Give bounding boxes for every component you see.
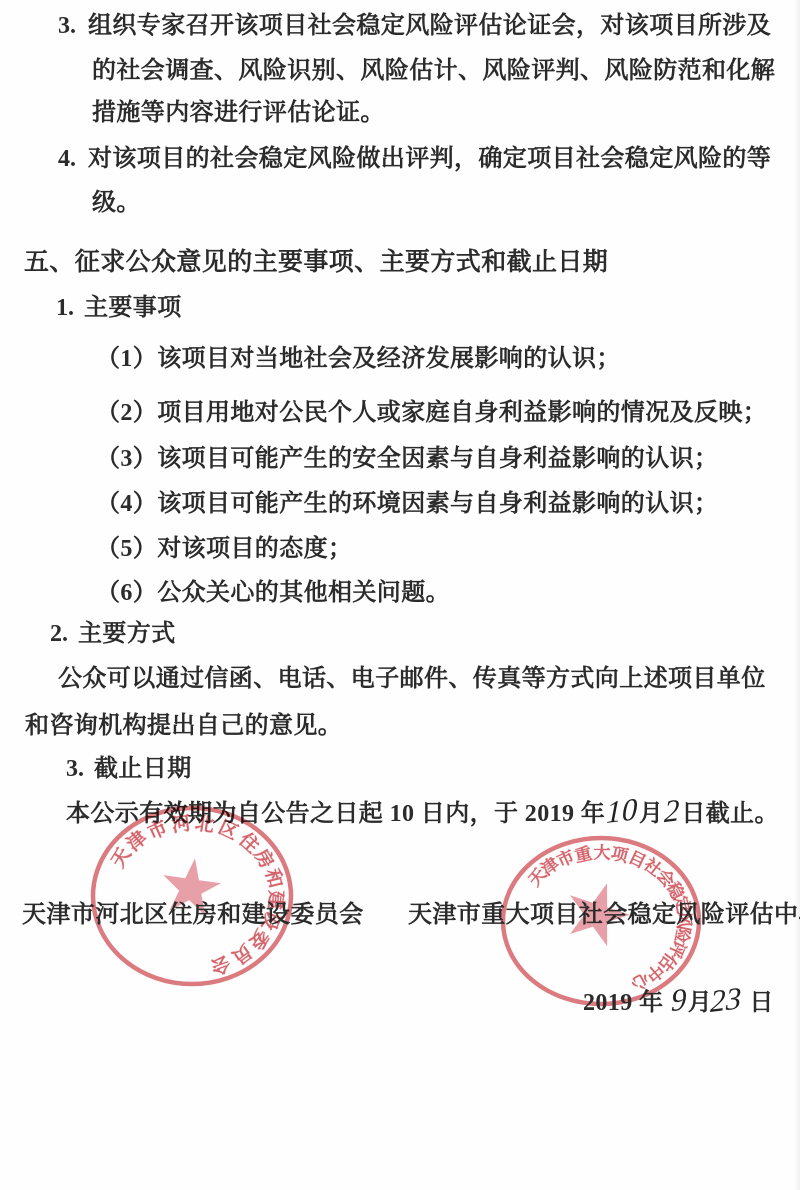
list-item-3-line-2: 的社会调查、风险识别、风险估计、风险评判、风险防范和化解 (92, 56, 775, 86)
seal-character: 和 (259, 866, 290, 891)
date-month-label: 月 (688, 990, 712, 1016)
point-3: （3）该项目可能产生的安全因素与自身利益影响的认识； (96, 444, 718, 474)
handwritten-deadline-month: 10 (606, 797, 638, 825)
point-6: （6）公众关心的其他相关问题。 (96, 578, 450, 608)
point-4: （4）该项目可能产生的环境因素与自身利益影响的认识； (96, 489, 718, 519)
seal-character: 住 (233, 825, 265, 858)
seal-character: 房 (249, 843, 282, 873)
scan-edge-shade (794, 0, 800, 1190)
list-item-3-line-1: 3.组织专家召开该项目社会稳定风险评估论证会，对该项目所涉及 (58, 11, 771, 41)
point-2: （2）项目用地对公民个人或家庭自身利益影响的情况及反映； (96, 398, 767, 428)
deadline-text-1: 本公示有效期为自公告之日起 10 日内，于 2019 年 (66, 801, 605, 827)
seal-character: 天 (521, 861, 551, 890)
deadline-text-2: 月 (639, 801, 663, 827)
seal-character: 天 (103, 842, 136, 872)
org-name-right: 天津市重大项目社会稳定风险评估中心 (408, 900, 800, 930)
seal-character: 会 (652, 862, 682, 891)
seal-character: 津 (535, 850, 564, 880)
subsection-1-title: 主要事项 (84, 295, 182, 321)
list-item-4-line-1: 4.对该项目的社会稳定风险做出评判，确定项目社会稳定风险的等 (58, 144, 771, 174)
deadline-text-3: 日截止。 (681, 801, 779, 827)
subsection-1-title-line: 1.主要事项 (56, 293, 182, 323)
handwritten-date-month: 9 (671, 987, 687, 1013)
subsection-3-title-line: 3.截止日期 (66, 754, 192, 784)
seal-character: 大 (593, 838, 610, 863)
seal-character: 重 (572, 839, 594, 867)
point-1: （1）该项目对当地社会及经济发展影响的认识； (96, 344, 621, 374)
subsection-2-title: 主要方式 (78, 621, 176, 647)
date-line: 2019 年 9月23 日 (583, 988, 774, 1018)
date-year: 2019 年 (583, 990, 663, 1016)
list-item-3-marker: 3. (58, 11, 76, 41)
org-name-left: 天津市河北区住房和建设委员会 (22, 900, 364, 930)
section-5-heading: 五、征求公众意见的主要事项、主要方式和截止日期 (24, 248, 608, 278)
seal-character: 目 (625, 843, 651, 873)
seal-character: 项 (609, 839, 631, 867)
seal-character: 社 (639, 851, 668, 881)
seal-character: 估 (654, 949, 684, 978)
subsection-3-title: 截止日期 (94, 756, 192, 782)
seal-character: 评 (664, 937, 694, 963)
seal-character: 会 (208, 950, 235, 982)
deadline-line: 本公示有效期为自公告之日起 10 日内，于 2019 年10月2日截止。 (66, 799, 779, 829)
seal-character: 中 (642, 959, 671, 989)
point-5: （5）对该项目的态度； (96, 534, 352, 564)
subsection-1-marker: 1. (56, 293, 74, 323)
list-item-3-text: 组织专家召开该项目社会稳定风险评估论证会，对该项目所涉及 (88, 13, 771, 39)
left-seal-ring (87, 802, 297, 992)
subsection-2-marker: 2. (50, 619, 68, 649)
handwritten-deadline-day: 2 (664, 798, 680, 824)
list-item-3-line-3: 措施等内容进行评估论证。 (92, 98, 385, 128)
list-item-4-text: 对该项目的社会稳定风险做出评判，确定项目社会稳定风险的等 (88, 146, 771, 172)
seal-character: 员 (227, 939, 258, 972)
date-day-label: 日 (749, 990, 773, 1016)
scanned-public-notice-document: 3.组织专家召开该项目社会稳定风险评估论证会，对该项目所涉及 的社会调查、风险识… (0, 0, 800, 1190)
seal-character: 市 (552, 843, 578, 873)
handwritten-date-day: 23 (710, 986, 742, 1014)
list-item-4-line-2: 级。 (92, 188, 141, 218)
paragraph-ways-line-2: 和咨询机构提出自己的意见。 (25, 711, 342, 741)
paragraph-ways-line-1: 公众可以通过信函、电话、电子邮件、传真等方式向上述项目单位 (58, 664, 766, 694)
list-item-4-marker: 4. (58, 144, 76, 174)
subsection-3-marker: 3. (66, 754, 84, 784)
subsection-2-title-line: 2.主要方式 (50, 619, 176, 649)
